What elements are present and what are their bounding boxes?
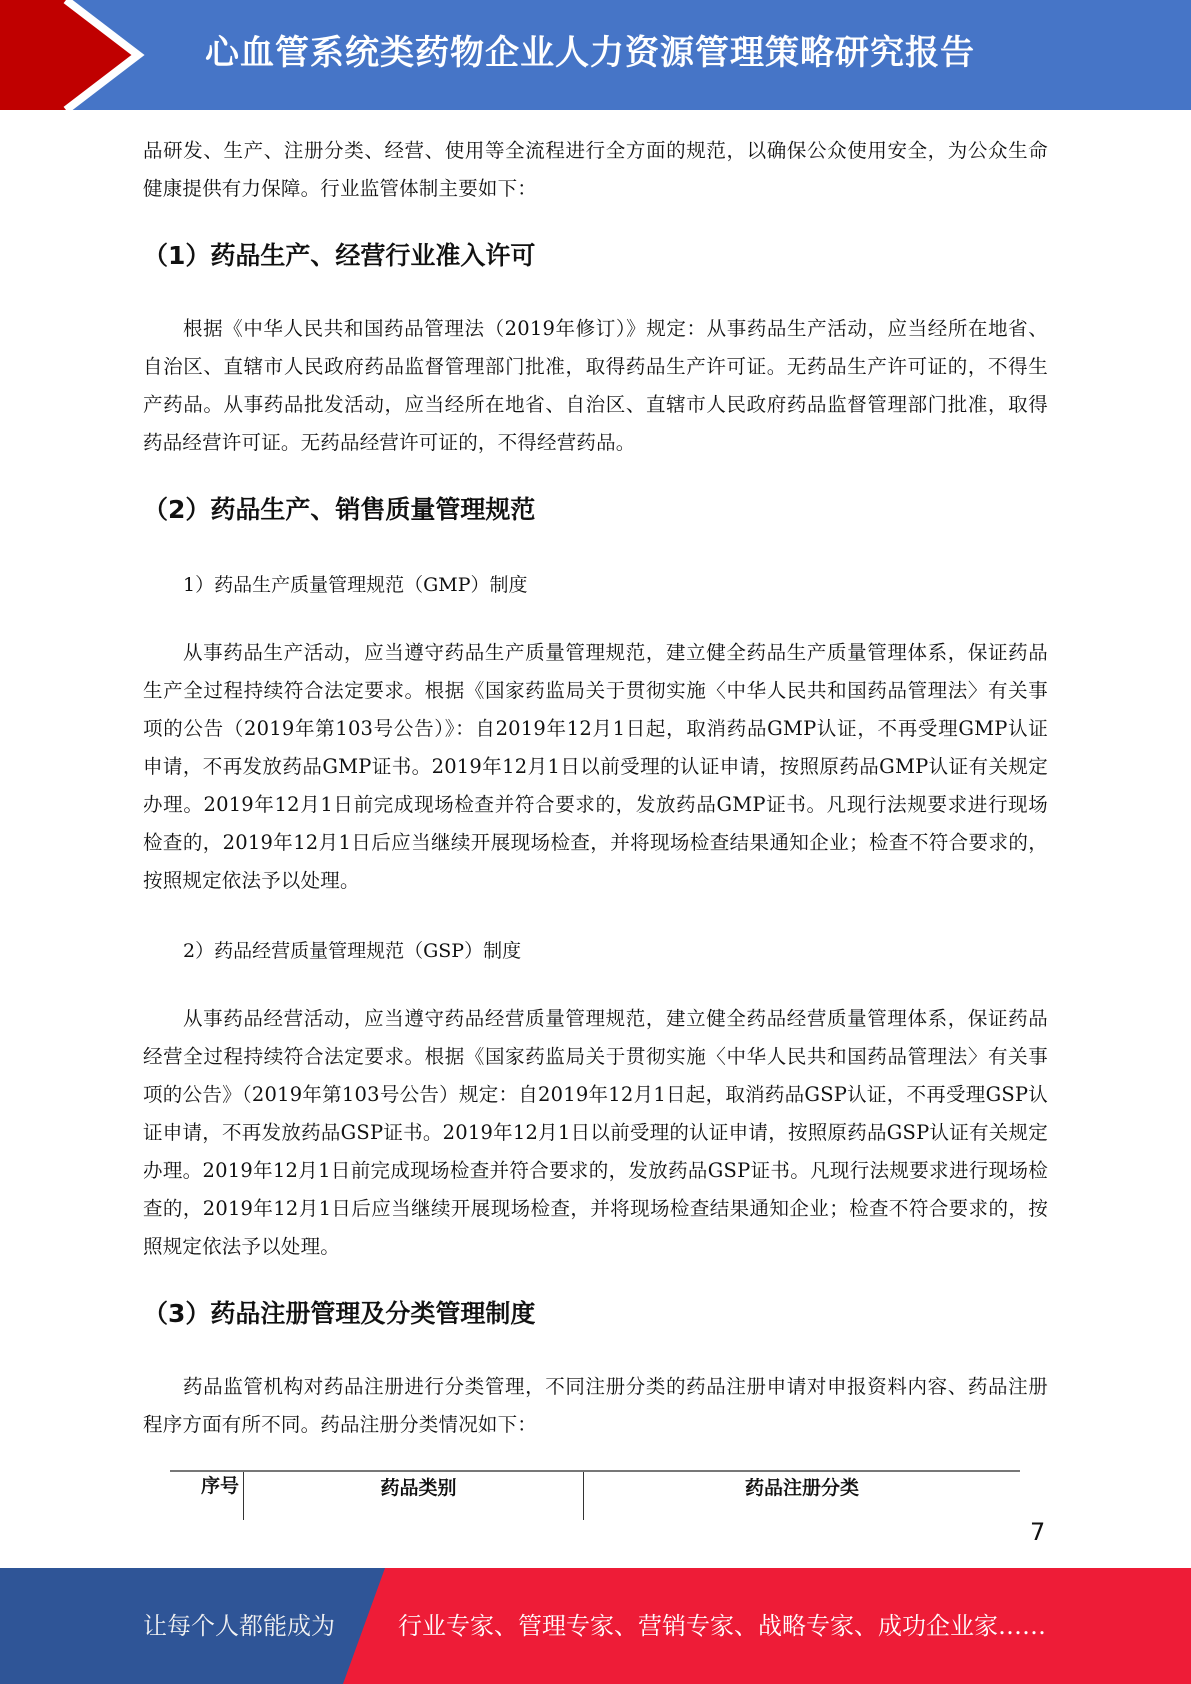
table-header-drug-category: 药品类别 <box>244 1472 584 1520</box>
subsection-gmp-paragraph: 从事药品生产活动，应当遵守药品生产质量管理规范，建立健全药品生产质量管理体系，保… <box>143 634 1048 900</box>
report-header-bar: 心血管系统类药物企业人力资源管理策略研究报告 <box>0 0 1191 110</box>
subsection-gmp-title: 1）药品生产质量管理规范（GMP）制度 <box>183 570 528 600</box>
page-number: 7 <box>1030 1518 1045 1546</box>
footer-slogan-right: 行业专家、管理专家、营销专家、战略专家、成功企业家…… <box>398 1568 1046 1684</box>
subsection-gsp-title: 2）药品经营质量管理规范（GSP）制度 <box>183 936 521 966</box>
footer-slogan-left: 让每个人都能成为 <box>143 1568 335 1684</box>
table-header-index: 序号 <box>170 1472 244 1520</box>
intro-paragraph: 品研发、生产、注册分类、经营、使用等全流程进行全方面的规范，以确保公众使用安全，… <box>143 132 1048 208</box>
section-heading-1: （1）药品生产、经营行业准入许可 <box>143 238 535 274</box>
table-header-registration-class: 药品注册分类 <box>584 1472 1020 1520</box>
section-1-paragraph: 根据《中华人民共和国药品管理法（2019年修订）》规定：从事药品生产活动，应当经… <box>143 310 1048 462</box>
section-3-paragraph: 药品监管机构对药品注册进行分类管理，不同注册分类的药品注册申请对申报资料内容、药… <box>143 1368 1048 1444</box>
subsection-gsp-paragraph: 从事药品经营活动，应当遵守药品经营质量管理规范，建立健全药品经营质量管理体系，保… <box>143 1000 1048 1266</box>
section-heading-3: （3）药品注册管理及分类管理制度 <box>143 1296 535 1332</box>
section-heading-2: （2）药品生产、销售质量管理规范 <box>143 492 535 528</box>
registration-classification-table: 序号 药品类别 药品注册分类 <box>170 1470 1020 1520</box>
footer-banner: 让每个人都能成为 行业专家、管理专家、营销专家、战略专家、成功企业家…… <box>0 1568 1191 1684</box>
report-title: 心血管系统类药物企业人力资源管理策略研究报告 <box>205 0 975 110</box>
